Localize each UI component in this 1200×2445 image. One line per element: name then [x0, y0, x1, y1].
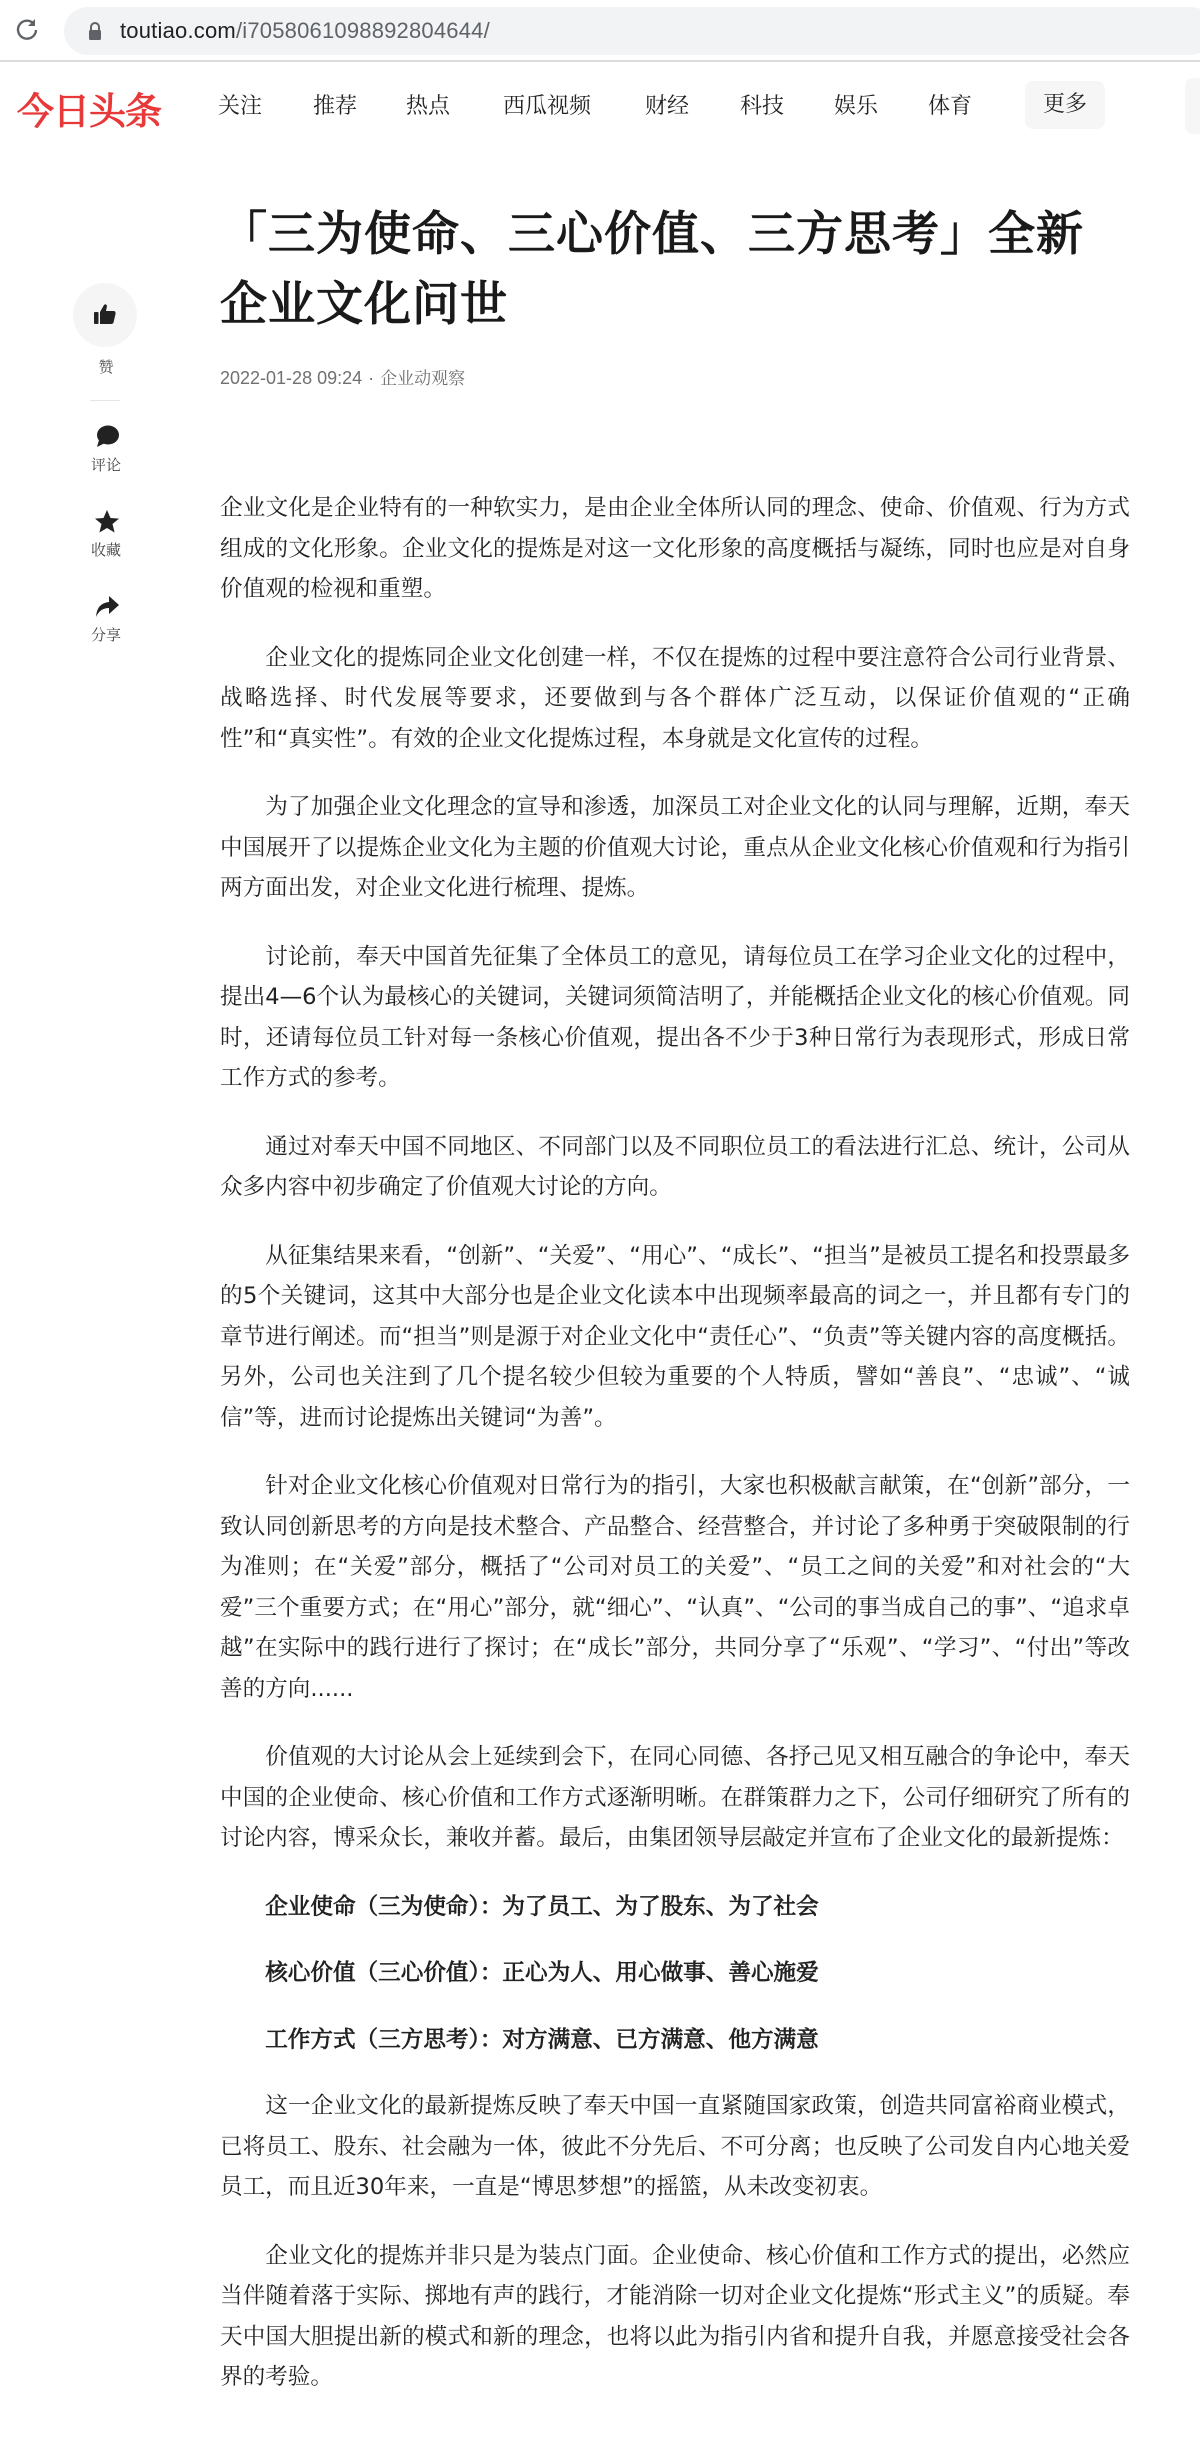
paragraph: 价值观的大讨论从会上延续到会下，在同心同德、各抒己见又相互融合的争论中，奉天中国… — [220, 1737, 1130, 1859]
paragraph: 企业文化是企业特有的一种软实力，是由企业全体所认同的理念、使命、价值观、行为方式… — [220, 488, 1130, 610]
star-icon[interactable] — [94, 509, 120, 535]
lock-icon[interactable] — [88, 22, 102, 40]
nav-more-button[interactable]: 更多 — [1025, 81, 1105, 129]
value-mission: 企业使命（三为使命）：为了员工、为了股东、为了社会 — [220, 1887, 1130, 1928]
url-text[interactable]: toutiao.com/i7058061098892804644/ — [120, 18, 490, 44]
thumbs-up-icon — [93, 302, 117, 326]
address-bar[interactable]: toutiao.com/i7058061098892804644/ — [64, 7, 1200, 55]
paragraph: 通过对奉天中国不同地区、不同部门以及不同职位员工的看法进行汇总、统计，公司从众多… — [220, 1127, 1130, 1208]
paragraph: 从征集结果来看，“创新”、“关爱”、“用心”、“成长”、“担当”是被员工提名和投… — [220, 1236, 1130, 1439]
paragraph: 企业文化的提炼同企业文化创建一样，不仅在提炼的过程中要注意符合公司行业背景、战略… — [220, 638, 1130, 760]
share-label[interactable]: 分享 — [70, 624, 142, 645]
site-logo[interactable]: 今日头条 — [17, 81, 161, 135]
source-name[interactable]: 企业动观察 — [380, 369, 465, 389]
like-label: 赞 — [70, 356, 142, 377]
paragraph: 针对企业文化核心价值观对日常行为的指引，大家也积极献言献策，在“创新”部分，一致… — [220, 1466, 1130, 1709]
value-core: 核心价值（三心价值）：正心为人、用心做事、善心施爱 — [220, 1953, 1130, 1994]
nav-item-hot[interactable]: 热点 — [406, 89, 450, 120]
nav-item-sports[interactable]: 体育 — [928, 89, 972, 120]
paragraph: 这一企业文化的最新提炼反映了奉天中国一直紧随国家政策，创造共同富裕商业模式，已将… — [220, 2086, 1130, 2208]
site-nav: 今日头条 关注 推荐 热点 西瓜视频 财经 科技 娱乐 体育 更多 — [0, 64, 1200, 144]
share-icon[interactable] — [94, 594, 120, 620]
nav-item-follow[interactable]: 关注 — [218, 89, 262, 120]
publish-time: 2022-01-28 09:24 — [220, 368, 362, 388]
browser-toolbar: toutiao.com/i7058061098892804644/ — [0, 0, 1200, 62]
paragraph: 讨论前，奉天中国首先征集了全体员工的意见，请每位员工在学习企业文化的过程中，提出… — [220, 937, 1130, 1099]
nav-item-entertainment[interactable]: 娱乐 — [834, 89, 878, 120]
nav-edge-button[interactable] — [1185, 78, 1200, 134]
meta-separator: · — [368, 368, 374, 388]
article-title: 「三为使命、三心价值、三方思考」全新 企业文化问世 — [220, 200, 1130, 340]
rail-divider — [90, 400, 120, 401]
comment-icon[interactable] — [94, 424, 120, 450]
like-button[interactable] — [73, 283, 137, 347]
comment-label[interactable]: 评论 — [70, 454, 142, 475]
nav-item-xigua-video[interactable]: 西瓜视频 — [503, 89, 591, 120]
nav-item-finance[interactable]: 财经 — [645, 89, 689, 120]
reload-icon[interactable] — [14, 16, 40, 42]
article-title-line-2: 企业文化问世 — [220, 270, 1130, 340]
favorite-label[interactable]: 收藏 — [70, 539, 142, 560]
value-work-style: 工作方式（三方思考）：对方满意、已方满意、他方满意 — [220, 2020, 1130, 2061]
article-title-line-1: 「三为使命、三心价值、三方思考」全新 — [220, 200, 1130, 270]
paragraph: 为了加强企业文化理念的宣导和渗透，加深员工对企业文化的认同与理解，近期，奉天中国… — [220, 787, 1130, 909]
nav-item-tech[interactable]: 科技 — [740, 89, 784, 120]
article-meta: 2022-01-28 09:24·企业动观察 — [220, 364, 1130, 389]
article-header: 「三为使命、三心价值、三方思考」全新 企业文化问世 2022-01-28 09:… — [220, 200, 1130, 389]
article-body: 企业文化是企业特有的一种软实力，是由企业全体所认同的理念、使命、价值观、行为方式… — [220, 488, 1130, 2426]
nav-item-recommend[interactable]: 推荐 — [313, 89, 357, 120]
paragraph: 企业文化的提炼并非只是为装点门面。企业使命、核心价值和工作方式的提出，必然应当伴… — [220, 2236, 1130, 2398]
